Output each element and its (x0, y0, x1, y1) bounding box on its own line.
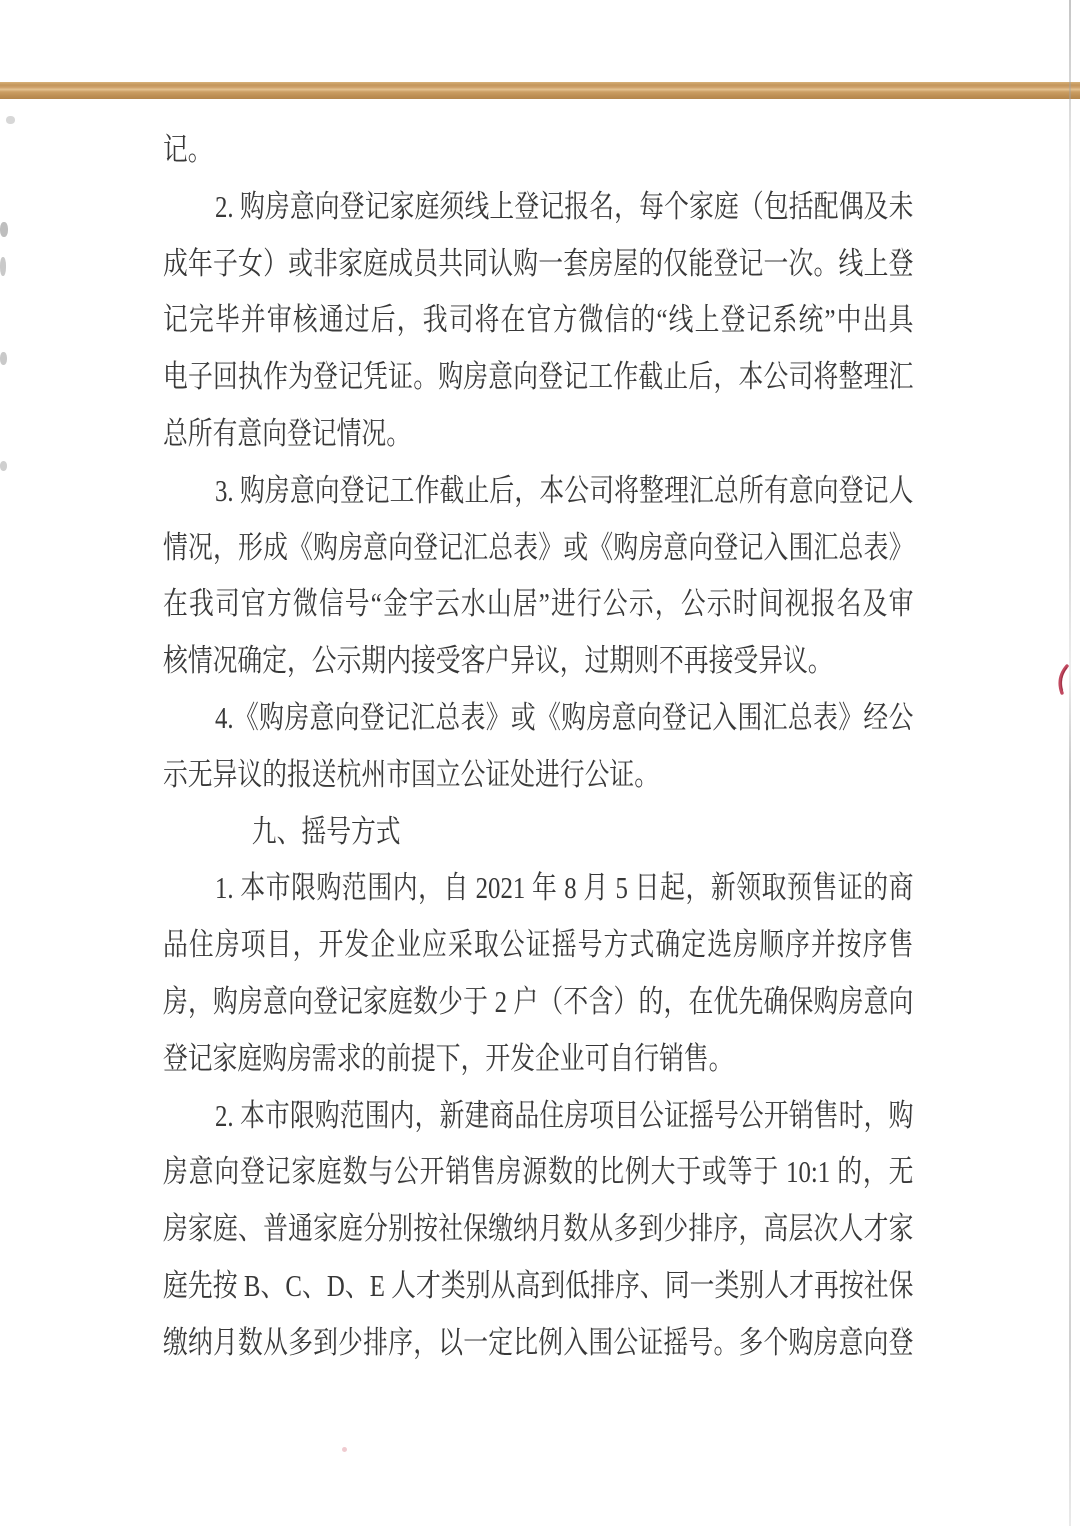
doc-line: 3. 购房意向登记工作截止后，本公司将整理汇总所有意向登记人 (163, 463, 913, 520)
doc-line: 示无异议的报送杭州市国立公证处进行公证。 (163, 747, 913, 804)
doc-line: 庭先按 B、C、D、E 人才类别从高到低排序、同一类别人才再按社保 (163, 1258, 913, 1315)
scan-artifact (342, 1447, 347, 1452)
doc-line: 记完毕并审核通过后，我司将在官方微信的“线上登记系统”中出具 (163, 292, 913, 349)
doc-line: 房意向登记家庭数与公开销售房源数的比例大于或等于 10:1 的，无 (163, 1144, 913, 1201)
red-pen-mark (1056, 664, 1070, 696)
doc-line: 缴纳月数从多到少排序，以一定比例入围公证摇号。多个购房意向登 (163, 1315, 913, 1372)
document-page: 记。 2. 购房意向登记家庭须线上登记报名，每个家庭（包括配偶及未 成年子女）或… (0, 0, 1080, 1526)
doc-line: 在我司官方微信号“金宇云水山居”进行公示，公示时间视报名及审 (163, 576, 913, 633)
doc-line: 房，购房意向登记家庭数少于 2 户（不含）的，在优先确保购房意向 (163, 974, 913, 1031)
doc-line: 总所有意向登记情况。 (163, 406, 913, 463)
doc-line: 2. 购房意向登记家庭须线上登记报名，每个家庭（包括配偶及未 (163, 179, 913, 236)
scan-artifact (0, 461, 7, 471)
doc-line: 4.《购房意向登记汇总表》或《购房意向登记入围汇总表》经公 (163, 690, 913, 747)
scan-artifact (0, 352, 7, 365)
scan-artifact (0, 257, 6, 276)
doc-line: 记。 (163, 122, 913, 179)
doc-line: 品住房项目，开发企业应采取公证摇号方式确定选房顺序并按序售 (163, 917, 913, 974)
doc-line: 电子回执作为登记凭证。购房意向登记工作截止后，本公司将整理汇 (163, 349, 913, 406)
doc-line: 核情况确定，公示期内接受客户异议，过期则不再接受异议。 (163, 633, 913, 690)
section-heading: 九、摇号方式 (163, 804, 913, 861)
page-edge-line (1069, 0, 1071, 1526)
doc-line: 登记家庭购房需求的前提下，开发企业可自行销售。 (163, 1031, 913, 1088)
document-body: 记。 2. 购房意向登记家庭须线上登记报名，每个家庭（包括配偶及未 成年子女）或… (163, 122, 913, 1372)
doc-line: 1. 本市限购范围内，自 2021 年 8 月 5 日起，新领取预售证的商 (163, 860, 913, 917)
doc-line: 成年子女）或非家庭成员共同认购一套房屋的仅能登记一次。线上登 (163, 236, 913, 293)
doc-line: 2. 本市限购范围内，新建商品住房项目公证摇号公开销售时，购 (163, 1088, 913, 1145)
scan-artifact (0, 222, 8, 237)
doc-line: 情况，形成《购房意向登记汇总表》或《购房意向登记入围汇总表》 (163, 520, 913, 577)
scan-artifact (6, 116, 15, 124)
doc-line: 房家庭、普通家庭分别按社保缴纳月数从多到少排序，高层次人才家 (163, 1201, 913, 1258)
page-top-border (0, 82, 1080, 99)
